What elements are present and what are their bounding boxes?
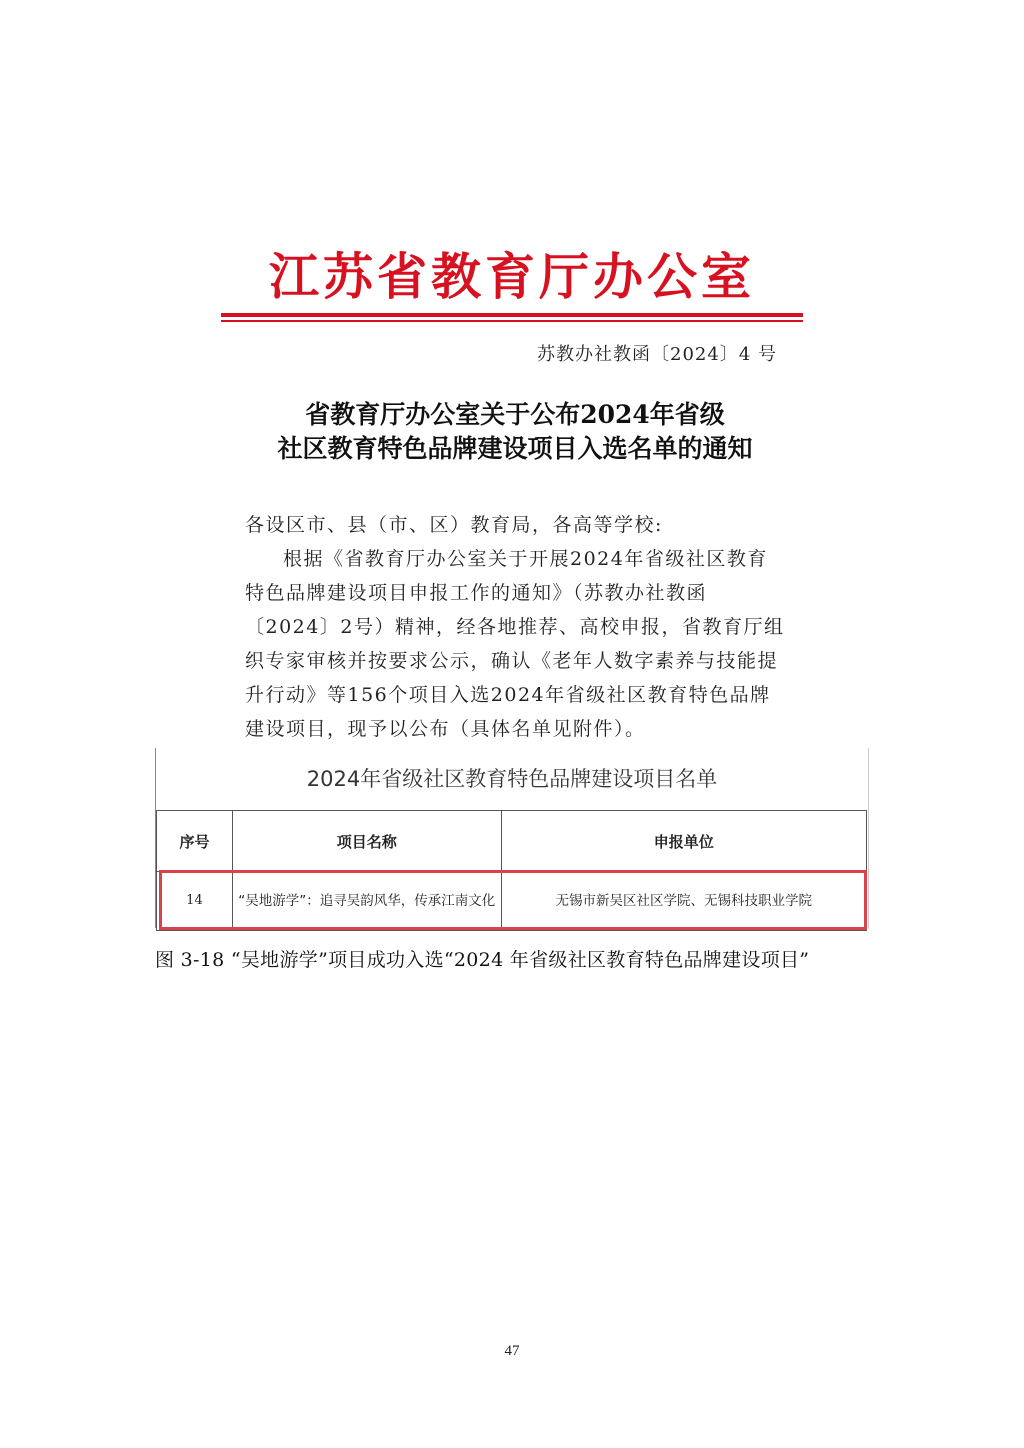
document-number: 苏教办社教函〔2024〕4 号 (537, 340, 777, 366)
body-paragraph: 根据《省教育厅办公室关于开展2024年省级社区教育特色品牌建设项目申报工作的通知… (245, 542, 785, 746)
notice-title-line-2: 社区教育特色品牌建设项目入选名单的通知 (215, 432, 815, 466)
column-header-project-name: 项目名称 (232, 811, 501, 872)
column-header-applicant: 申报单位 (501, 811, 866, 872)
cell-seq: 14 (157, 872, 233, 931)
table-header-row: 序号 项目名称 申报单位 (157, 811, 867, 872)
salutation: 各设区市、县（市、区）教育局，各高等学校: (245, 508, 785, 542)
cell-project-name: “吴地游学”：追寻吴韵风华，传承江南文化 (232, 872, 501, 931)
red-divider-thin (221, 320, 803, 322)
embedded-notice-image: 江苏省教育厅办公室 苏教办社教函〔2024〕4 号 省教育厅办公室关于公布202… (155, 230, 867, 930)
project-list: 2024年省级社区教育特色品牌建设项目名单 序号 项目名称 申报单位 14 “吴… (155, 748, 869, 928)
notice-body: 各设区市、县（市、区）教育局，各高等学校: 根据《省教育厅办公室关于开展2024… (245, 508, 785, 746)
letterhead: 江苏省教育厅办公室 (221, 242, 803, 312)
page-number: 47 (0, 1343, 1024, 1360)
notice-title: 省教育厅办公室关于公布2024年省级 社区教育特色品牌建设项目入选名单的通知 (215, 398, 815, 466)
table-row: 14 “吴地游学”：追寻吴韵风华，传承江南文化 无锡市新吴区社区学院、无锡科技职… (157, 872, 867, 931)
figure-caption: 图 3-18 “吴地游学”项目成功入选“2024 年省级社区教育特色品牌建设项目… (155, 945, 875, 972)
red-divider-thick (221, 313, 803, 317)
notice-title-line-1: 省教育厅办公室关于公布2024年省级 (215, 398, 815, 432)
list-title: 2024年省级社区教育特色品牌建设项目名单 (156, 748, 868, 810)
cell-applicant: 无锡市新吴区社区学院、无锡科技职业学院 (501, 872, 866, 931)
column-header-seq: 序号 (157, 811, 233, 872)
project-table: 序号 项目名称 申报单位 14 “吴地游学”：追寻吴韵风华，传承江南文化 无锡市… (156, 810, 867, 931)
